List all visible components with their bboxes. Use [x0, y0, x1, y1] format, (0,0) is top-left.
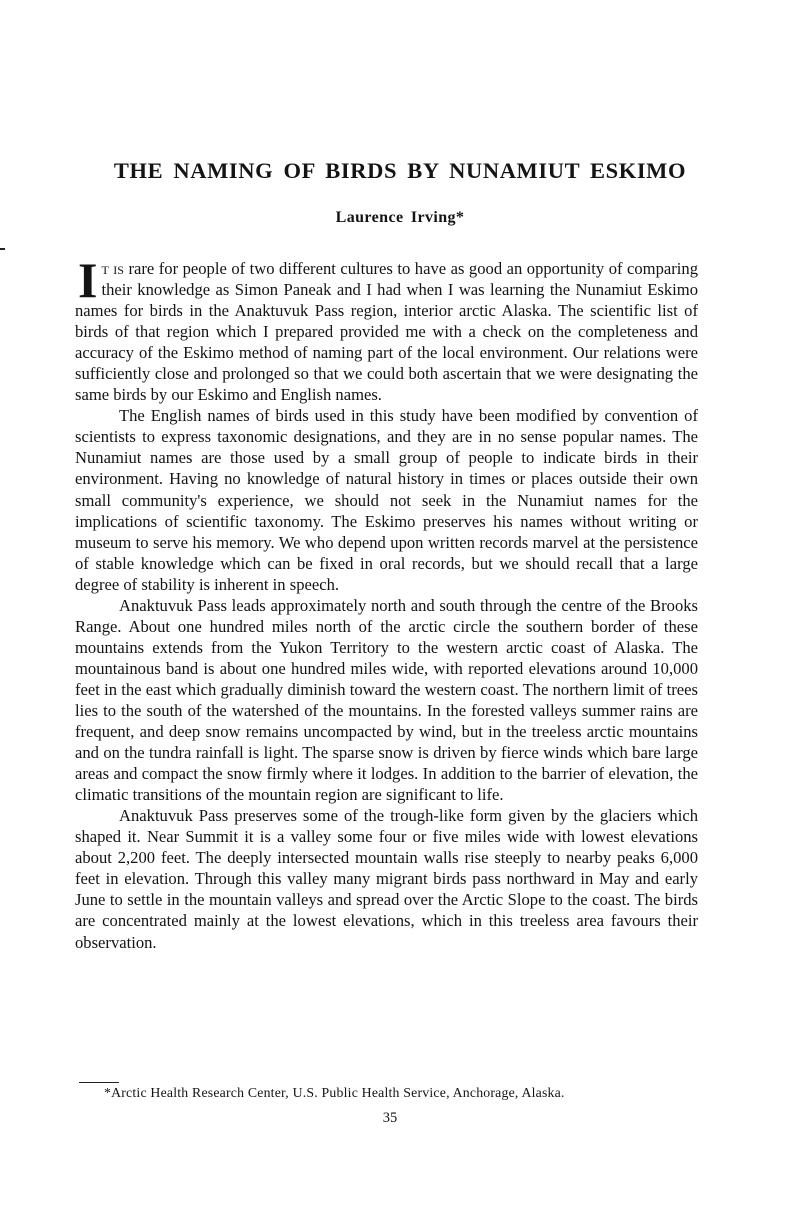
article-body: It is rare for people of two different c… — [75, 258, 698, 953]
paragraph-1-text: rare for people of two different culture… — [75, 259, 698, 404]
document-page: THE NAMING OF BIRDS BY NUNAMIUT ESKIMO L… — [0, 0, 800, 1231]
article-author: Laurence Irving* — [80, 209, 720, 227]
page-number: 35 — [0, 1110, 780, 1127]
margin-mark — [0, 248, 5, 250]
article-title: THE NAMING OF BIRDS BY NUNAMIUT ESKIMO — [80, 158, 720, 184]
paragraph-3: Anaktuvuk Pass leads approximately north… — [75, 595, 698, 805]
footnote-rule — [79, 1082, 119, 1083]
paragraph-2: The English names of birds used in this … — [75, 405, 698, 594]
paragraph-4: Anaktuvuk Pass preserves some of the tro… — [75, 805, 698, 952]
footnote: *Arctic Health Research Center, U.S. Pub… — [104, 1085, 724, 1101]
drop-cap: I — [78, 260, 97, 300]
opening-small-caps: t is — [101, 259, 124, 278]
paragraph-1: It is rare for people of two different c… — [75, 258, 698, 405]
